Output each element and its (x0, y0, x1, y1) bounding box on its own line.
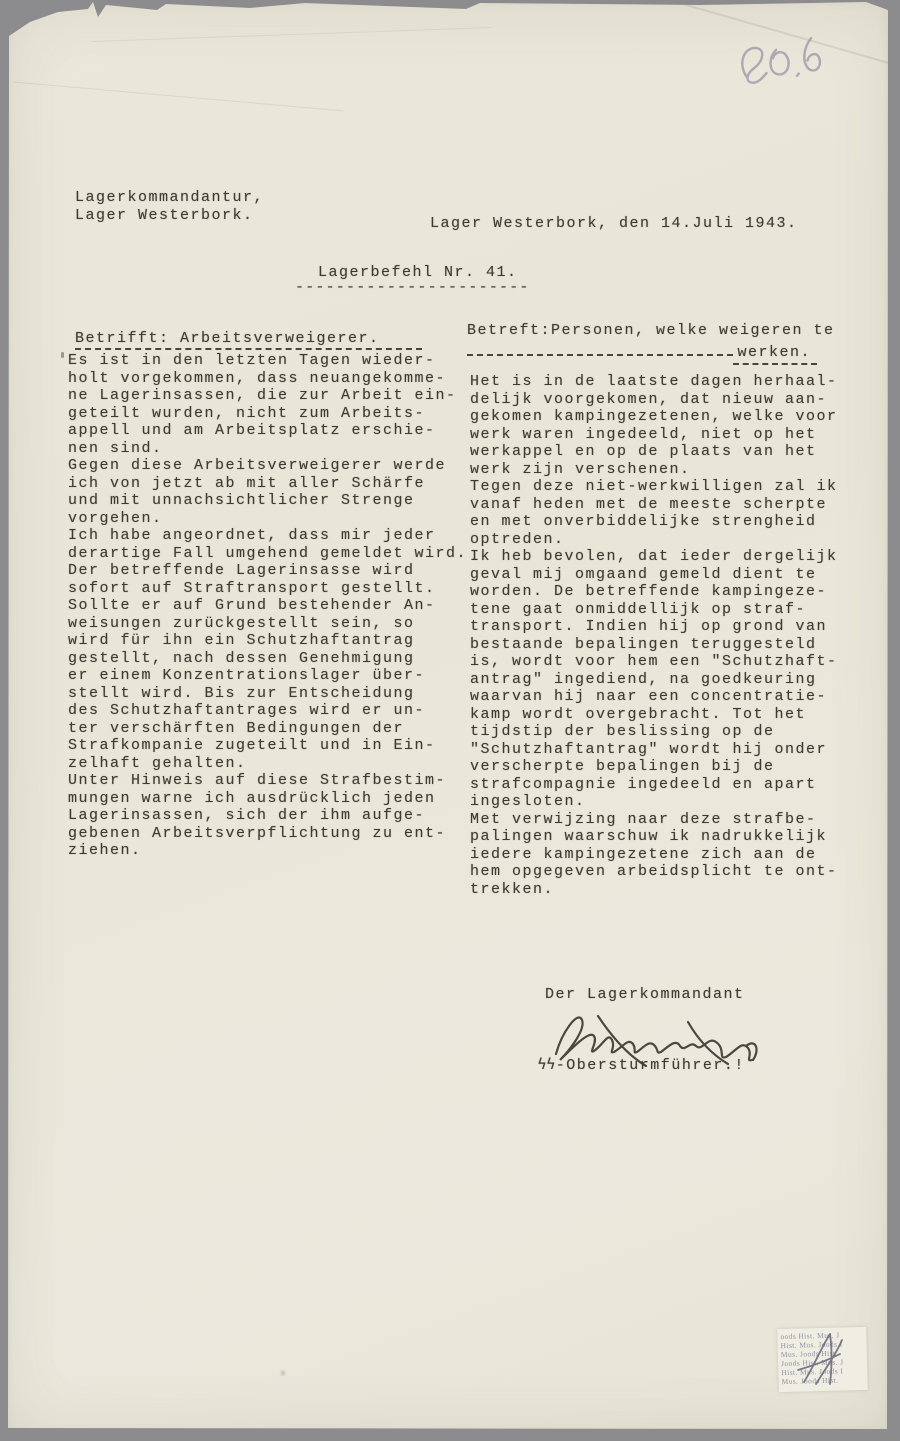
subject-dutch-underline (467, 341, 733, 356)
document-paper: Lagerkommandantur, Lager Westerbork. Lag… (0, 0, 900, 1441)
subject-german: Betrifft: Arbeitsverweigerer. (75, 312, 422, 347)
body-german-column: Es ist in den letzten Tagen wieder- holt… (68, 352, 498, 860)
dateline: Lager Westerbork, den 14.Juli 1943. (430, 215, 798, 233)
order-title-rule: ----------------------- (295, 279, 530, 297)
paper-crease (92, 27, 492, 42)
paper-stain (279, 1369, 287, 1377)
signature-rank-text: -Obersturmführer.! (556, 1057, 745, 1074)
body-dutch-column: Het is in de laatste dagen herhaal- deli… (470, 373, 875, 898)
sender-block: Lagerkommandantur, Lager Westerbork. (75, 189, 264, 224)
pencil-note (711, 10, 839, 106)
signature-rank: ϟϟ-Obersturmführer.! (537, 1056, 745, 1075)
scan-background: Lagerkommandantur, Lager Westerbork. Lag… (0, 0, 900, 1441)
pencil-scrawl-over-stamp (790, 1322, 860, 1394)
subject-dutch-line2: werken. (467, 341, 817, 365)
ink-speck (61, 352, 64, 358)
ss-runes-glyph: ϟϟ (537, 1055, 555, 1073)
paper-crease (15, 82, 344, 112)
subject-german-text: Betrifft: Arbeitsverweigerer. (75, 330, 422, 350)
subject-dutch-line2-text: werken. (733, 344, 817, 365)
subject-dutch-line1: Betreft:Personen, welke weigeren te (467, 322, 835, 340)
